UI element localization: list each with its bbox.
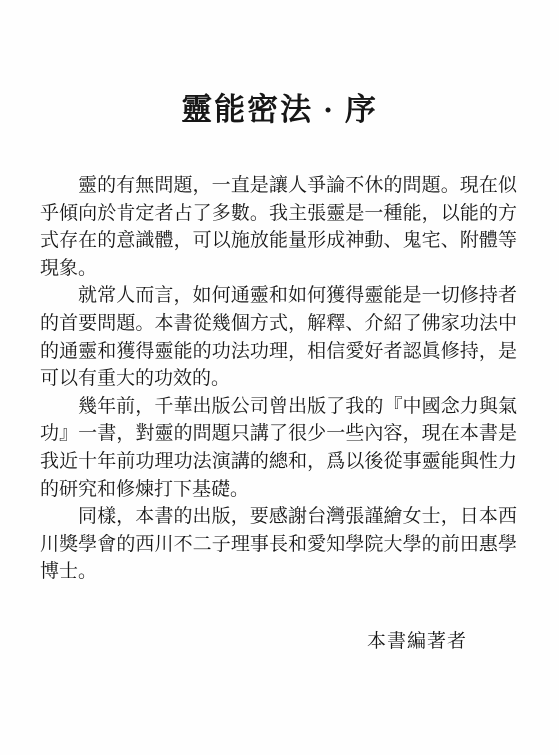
paragraph: 靈的有無問題，一直是讓人爭論不休的問題。現在似 乎傾向於肯定者占了多數。我主張靈… [40, 172, 517, 282]
text-line: 的通靈和獲得靈能的功法功理，相信愛好者認眞修持，是 [40, 338, 517, 366]
text-line: 就常人而言，如何通靈和如何獲得靈能是一切修持者 [40, 282, 517, 310]
text-line: 的首要問題。本書從幾個方式，解釋、介紹了佛家功法中 [40, 310, 517, 338]
text-line: 可以有重大的功效的。 [40, 365, 517, 393]
text-line: 靈的有無問題，一直是讓人爭論不休的問題。現在似 [40, 172, 517, 200]
paragraph: 同樣，本書的出版，要感謝台灣張謹繪女士，日本西 川獎學會的西川不二子理事長和愛知… [40, 503, 517, 586]
text-line: 的研究和修煉打下基礎。 [40, 476, 517, 504]
text-line: 功』一書，對靈的問題只講了很少一些內容，現在本書是 [40, 420, 517, 448]
paragraph: 幾年前，千華出版公司曾出版了我的『中國念力與氣 功』一書，對靈的問題只講了很少一… [40, 393, 517, 503]
author-signature: 本書編著者 [367, 626, 467, 653]
text-line: 同樣，本書的出版，要感謝台灣張謹繪女士，日本西 [40, 503, 517, 531]
text-line: 我近十年前功理功法演講的總和，爲以後從事靈能與性力 [40, 448, 517, 476]
paragraph: 就常人而言，如何通靈和如何獲得靈能是一切修持者 的首要問題。本書從幾個方式，解釋… [40, 282, 517, 392]
page-title: 靈能密法 · 序 [0, 84, 559, 129]
book-page: 靈能密法 · 序 靈的有無問題，一直是讓人爭論不休的問題。現在似 乎傾向於肯定者… [0, 0, 559, 755]
text-line: 乎傾向於肯定者占了多數。我主張靈是一種能，以能的方 [40, 200, 517, 228]
text-line: 川獎學會的西川不二子理事長和愛知學院大學的前田惠學 [40, 531, 517, 559]
text-line: 博士。 [40, 558, 517, 586]
text-line: 現象。 [40, 255, 517, 283]
text-line: 式存在的意識體，可以施放能量形成神動、鬼宅、附體等 [40, 227, 517, 255]
preface-body: 靈的有無問題，一直是讓人爭論不休的問題。現在似 乎傾向於肯定者占了多數。我主張靈… [40, 172, 517, 586]
text-line: 幾年前，千華出版公司曾出版了我的『中國念力與氣 [40, 393, 517, 421]
